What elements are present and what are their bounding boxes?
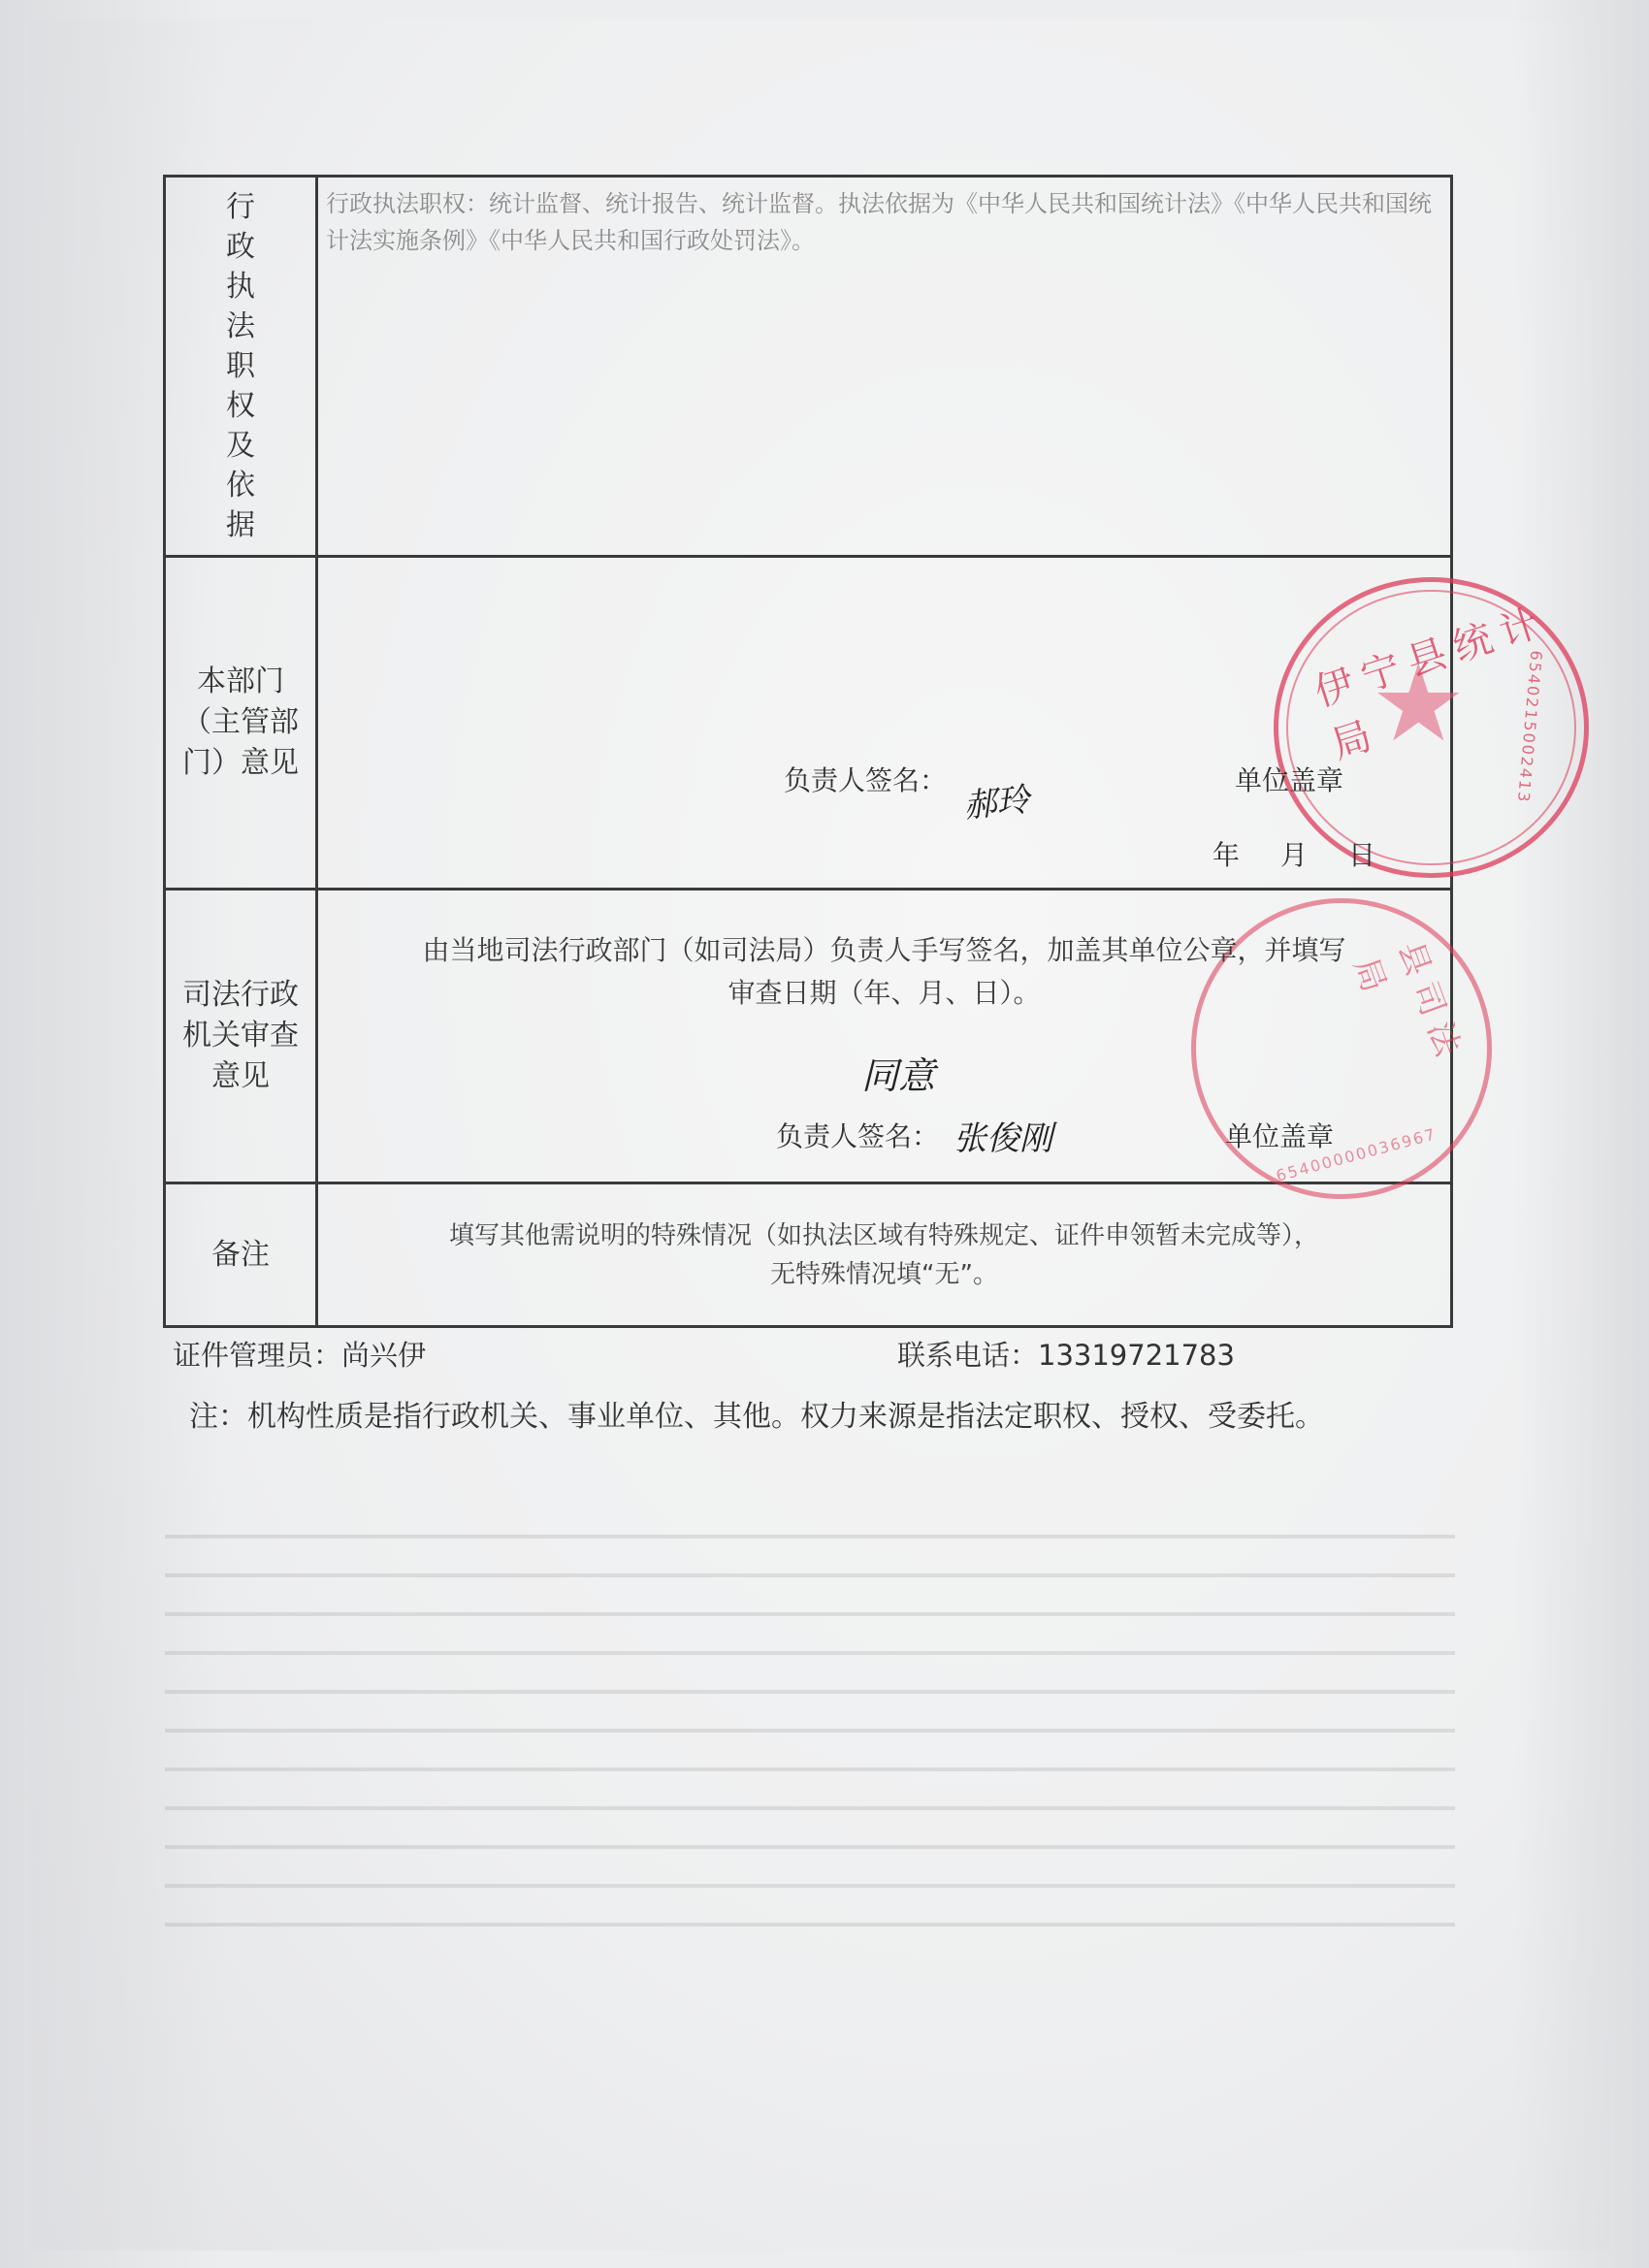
date-month: 月 <box>1280 834 1308 873</box>
enforcement-basis-text: 行政执法职权：统计监督、统计报告、统计监督。执法依据为《中华人民共和国统计法》《… <box>317 177 1452 557</box>
date-day: 日 <box>1348 834 1375 873</box>
signature: 张俊刚 <box>954 1112 1052 1159</box>
row-judicial-review: 司法行政 机关审查 意见 县司法局 65400000036967 由当地司法行政… <box>165 890 1452 1183</box>
row-remarks: 备注 填写其他需说明的特殊情况（如执法区域有特殊规定、证件申领暂未完成等）， 无… <box>165 1183 1452 1327</box>
row-dept-opinion: 本部门 （主管部 门）意见 ★ 伊宁县统计局 6540215002413 负责人… <box>165 557 1452 890</box>
label-enforcement-basis: 行 政 执 法 职 权 及 依 据 <box>165 177 317 557</box>
sign-label: 负责人签名： <box>776 1116 939 1154</box>
judicial-review-cell: 县司法局 65400000036967 由当地司法行政部门（如司法局）负责人手写… <box>317 890 1452 1183</box>
label-dept-opinion: 本部门 （主管部 门）意见 <box>165 557 317 890</box>
seal-label: 单位盖章 <box>1235 760 1343 798</box>
row-enforcement-basis: 行 政 执 法 职 权 及 依 据 行政执法职权：统计监督、统计报告、统计监督。… <box>165 177 1452 557</box>
footnote: 注：机构性质是指行政机关、事业单位、其他。权力来源是指法定职权、授权、受委托。 <box>189 1392 1324 1435</box>
cert-admin: 证件管理员：尚兴伊 <box>173 1334 426 1374</box>
label-judicial-review: 司法行政 机关审查 意见 <box>165 890 317 1183</box>
label-remarks: 备注 <box>165 1183 317 1327</box>
scan-shadow-right <box>1513 0 1649 2268</box>
bleed-through-text <box>165 1513 1455 1940</box>
signature: 郝玲 <box>961 773 1032 827</box>
sign-label: 负责人签名： <box>784 760 947 798</box>
review-instructions: 由当地司法行政部门（如司法局）负责人手写签名，加盖其单位公章，并填写 审查日期（… <box>318 929 1450 1015</box>
form-table: 行 政 执 法 职 权 及 依 据 行政执法职权：统计监督、统计报告、统计监督。… <box>163 175 1453 1328</box>
date-year: 年 <box>1212 834 1240 873</box>
remarks-text: 填写其他需说明的特殊情况（如执法区域有特殊规定、证件申领暂未完成等）， 无特殊情… <box>317 1183 1452 1327</box>
seal-label: 单位盖章 <box>1225 1116 1334 1154</box>
contact-phone: 联系电话：13319721783 <box>897 1334 1235 1374</box>
dept-stamp: ★ 伊宁县统计局 6540215002413 <box>1274 577 1589 878</box>
dept-opinion-cell: ★ 伊宁县统计局 6540215002413 负责人签名： 郝玲 单位盖章 年 … <box>317 557 1452 890</box>
approval-signature: 同意 <box>861 1046 935 1099</box>
